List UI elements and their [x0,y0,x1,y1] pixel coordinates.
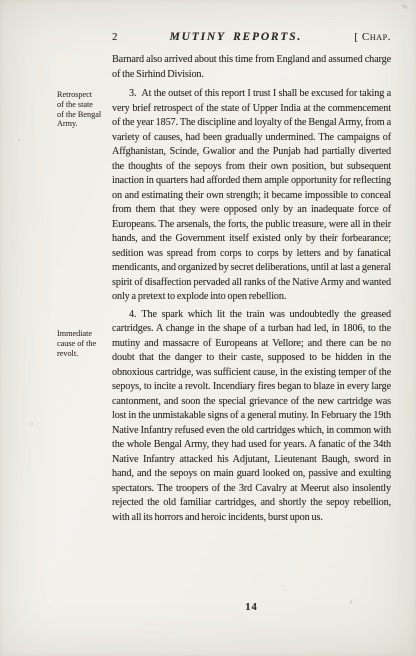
running-title: MUTINY REPORTS. [170,31,302,43]
paragraph-4: 4. The spark which lit the train was und… [112,308,391,526]
paragraph-3: 3. At the outset of this report I trust … [112,87,391,305]
scan-artifact [31,423,33,425]
scan-artifact [282,585,284,587]
margin-note-immediate-cause: Immediate cause of the revolt. [57,329,111,358]
header-page-number: 2 [112,31,118,43]
paragraph-continuation: Barnard also arrived about this time fro… [112,53,391,82]
body-text: Barnard also arrived about this time fro… [112,53,391,528]
scan-artifact [18,139,21,141]
footer-page-number: 14 [112,602,391,613]
margin-note-retrospect: Retrospect of the state of the Bengal Ar… [57,90,111,129]
running-head: 2 MUTINY REPORTS. [ Chap. [112,31,391,43]
scan-artifact [401,4,409,10]
chapter-marker: [ Chap. [354,31,391,43]
scanned-book-page: 2 MUTINY REPORTS. [ Chap. Retrospect of … [0,0,416,656]
